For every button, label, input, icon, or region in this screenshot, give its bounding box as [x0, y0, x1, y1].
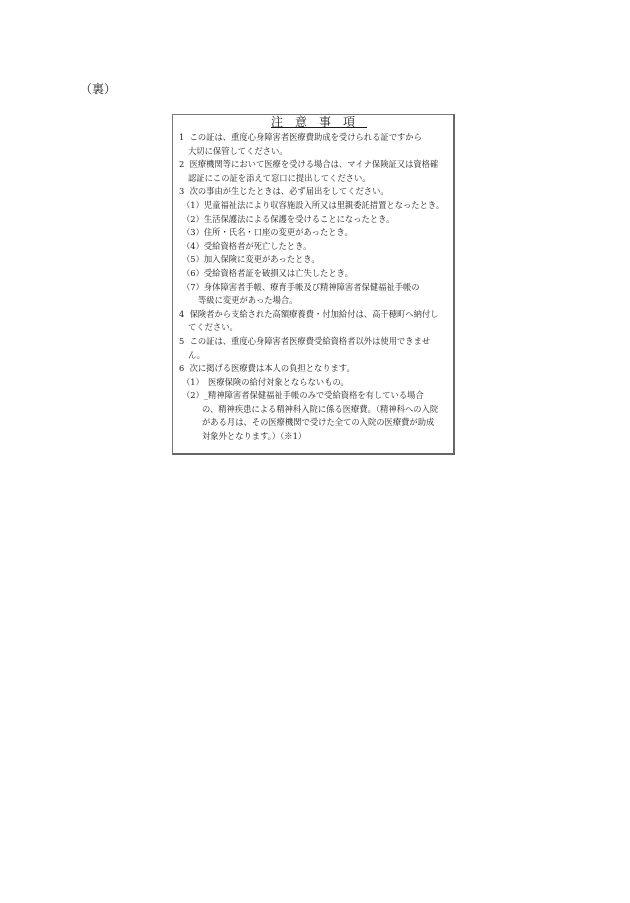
item-4-cont: てください。: [179, 321, 451, 335]
page-side-label: （裏）: [80, 80, 116, 97]
item-3-3: （3）住所・氏名・口座の変更があったとき。: [179, 226, 451, 240]
item-5-cont: ん。: [179, 349, 451, 363]
item-3-6: （6）受給資格者証を破損又は亡失したとき。: [179, 267, 451, 281]
item-2: 2 医療機関等において医療を受ける場合は、マイナ保険証又は資格確: [179, 158, 451, 172]
item-6: 6 次に掲げる医療費は本人の負担となります。: [179, 362, 451, 376]
notice-list: 1 この証は、重度心身障害者医療費助成を受けられる証ですから 大切に保管してくだ…: [179, 131, 451, 444]
item-6-2-cont2: がある月は、その医療機関で受けた全ての入院の医療費が助成: [179, 416, 451, 430]
item-3-4: （4）受給資格者が死亡したとき。: [179, 240, 451, 254]
item-5: 5 この証は、重度心身障害者医療費受給資格者以外は使用できませ: [179, 335, 451, 349]
item-6-2: （2）_精神障害者保健福祉手帳のみで受給資格を有している場合: [179, 389, 451, 403]
item-3-2: （2）生活保護法による保護を受けることになったとき。: [179, 213, 451, 227]
item-6-2-cont3: 対象外となります。）（※1）: [179, 430, 451, 444]
item-3-7: （7）身体障害者手帳、療育手帳及び精神障害者保健福祉手帳の: [179, 281, 451, 295]
notice-title: 注意事項: [173, 115, 453, 129]
item-4: 4 保険者から支給された高額療養費・付加給付は、高千穂町へ納付し: [179, 308, 451, 322]
item-3-7-cont: 等級に変更があった場合。: [179, 294, 451, 308]
item-2-cont: 認証にこの証を添えて窓口に提出してください。: [179, 172, 451, 186]
item-1: 1 この証は、重度心身障害者医療費助成を受けられる証ですから: [179, 131, 451, 145]
item-1-cont: 大切に保管してください。: [179, 145, 451, 159]
item-6-2-cont1: の、精神疾患による精神科入院に係る医療費。（精神科への入院: [179, 403, 451, 417]
notice-box: 注意事項 1 この証は、重度心身障害者医療費助成を受けられる証ですから 大切に保…: [172, 114, 455, 455]
item-3-1: （1）児童福祉法により収容施設入所又は里親委託措置となったとき。: [179, 199, 451, 213]
item-6-1: （1） 医療保険の給付対象とならないもの。: [179, 376, 451, 390]
item-3: 3 次の事由が生じたときは、必ず届出をしてください。: [179, 185, 451, 199]
item-3-5: （5）加入保険に変更があったとき。: [179, 253, 451, 267]
